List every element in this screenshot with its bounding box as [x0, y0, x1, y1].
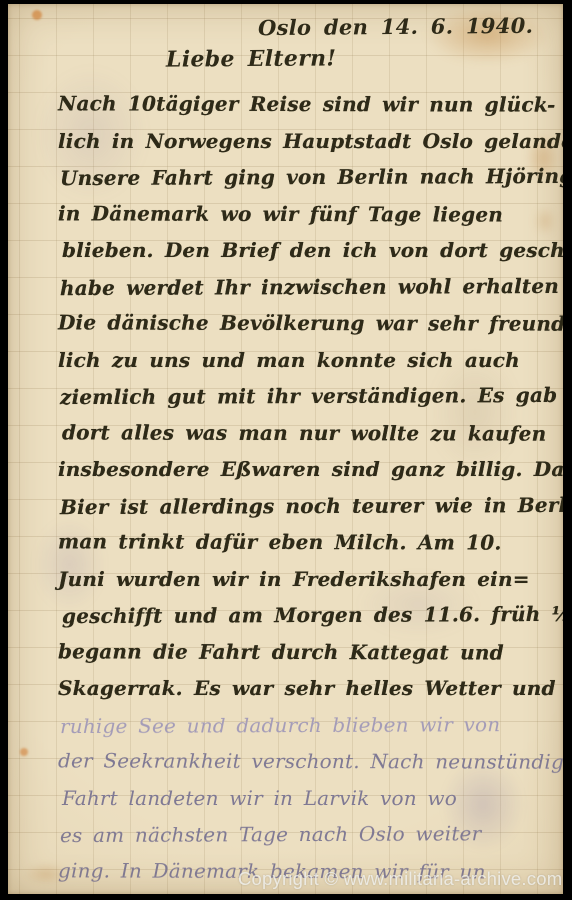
letter-salutation: Liebe Eltern!	[166, 45, 336, 72]
letter-line: Die dänische Bevölkerung war sehr freund…	[58, 304, 557, 342]
letter-body: Nach 10tägiger Reise sind wir nun glück-…	[58, 86, 557, 889]
letter-line: Nach 10tägiger Reise sind wir nun glück-	[58, 85, 557, 123]
letter-line: Bier ist allerdings noch teurer wie in B…	[60, 486, 557, 525]
letter-line: Unsere Fahrt ging von Berlin nach Hjörin…	[60, 158, 557, 197]
letter-line: in Dänemark wo wir fünf Tage liegen	[58, 195, 557, 233]
letter-line: Juni wurden wir in Frederikshafen ein=	[58, 561, 557, 598]
copyright-watermark: Copyright © www.militaria-archive.com	[238, 868, 562, 890]
letter-line: lich in Norwegens Hauptstadt Oslo geland…	[58, 123, 557, 160]
letter-line: der Seekrankheit verschont. Nach neunstü…	[58, 742, 557, 780]
letter-line: ruhige See und dadurch blieben wir von	[60, 705, 557, 744]
paper-stain	[20, 748, 28, 756]
letter-line: habe werdet Ihr inzwischen wohl erhalten…	[60, 267, 557, 306]
letter-line: man trinkt dafür eben Milch. Am 10.	[58, 523, 557, 561]
letter-line: Skagerrak. Es war sehr helles Wetter und	[58, 670, 557, 707]
letter-line: geschifft und am Morgen des 11.6. früh ½…	[62, 596, 557, 635]
letter-line: insbesondere Eßwaren sind ganz billig. D…	[58, 451, 557, 488]
letter-line: es am nächsten Tage nach Oslo weiter	[60, 815, 557, 854]
paper-stain	[32, 10, 42, 20]
letter-line: begann die Fahrt durch Kattegat und	[58, 633, 557, 671]
letter-line: dort alles was man nur wollte zu kaufen	[62, 414, 557, 452]
scanned-letter-page: Oslo den 14. 6. 1940. Liebe Eltern! Nach…	[0, 0, 572, 900]
letter-line: blieben. Den Brief den ich von dort gesc…	[62, 232, 557, 269]
letter-line: lich zu uns und man konnte sich auch	[58, 342, 557, 379]
letter-line: Fahrt landeten wir in Larvik von wo	[62, 780, 557, 817]
letter-dateline: Oslo den 14. 6. 1940.	[258, 13, 533, 40]
letter-line: ziemlich gut mit ihr verständigen. Es ga…	[60, 377, 557, 416]
letter-paper: Oslo den 14. 6. 1940. Liebe Eltern! Nach…	[8, 4, 563, 894]
